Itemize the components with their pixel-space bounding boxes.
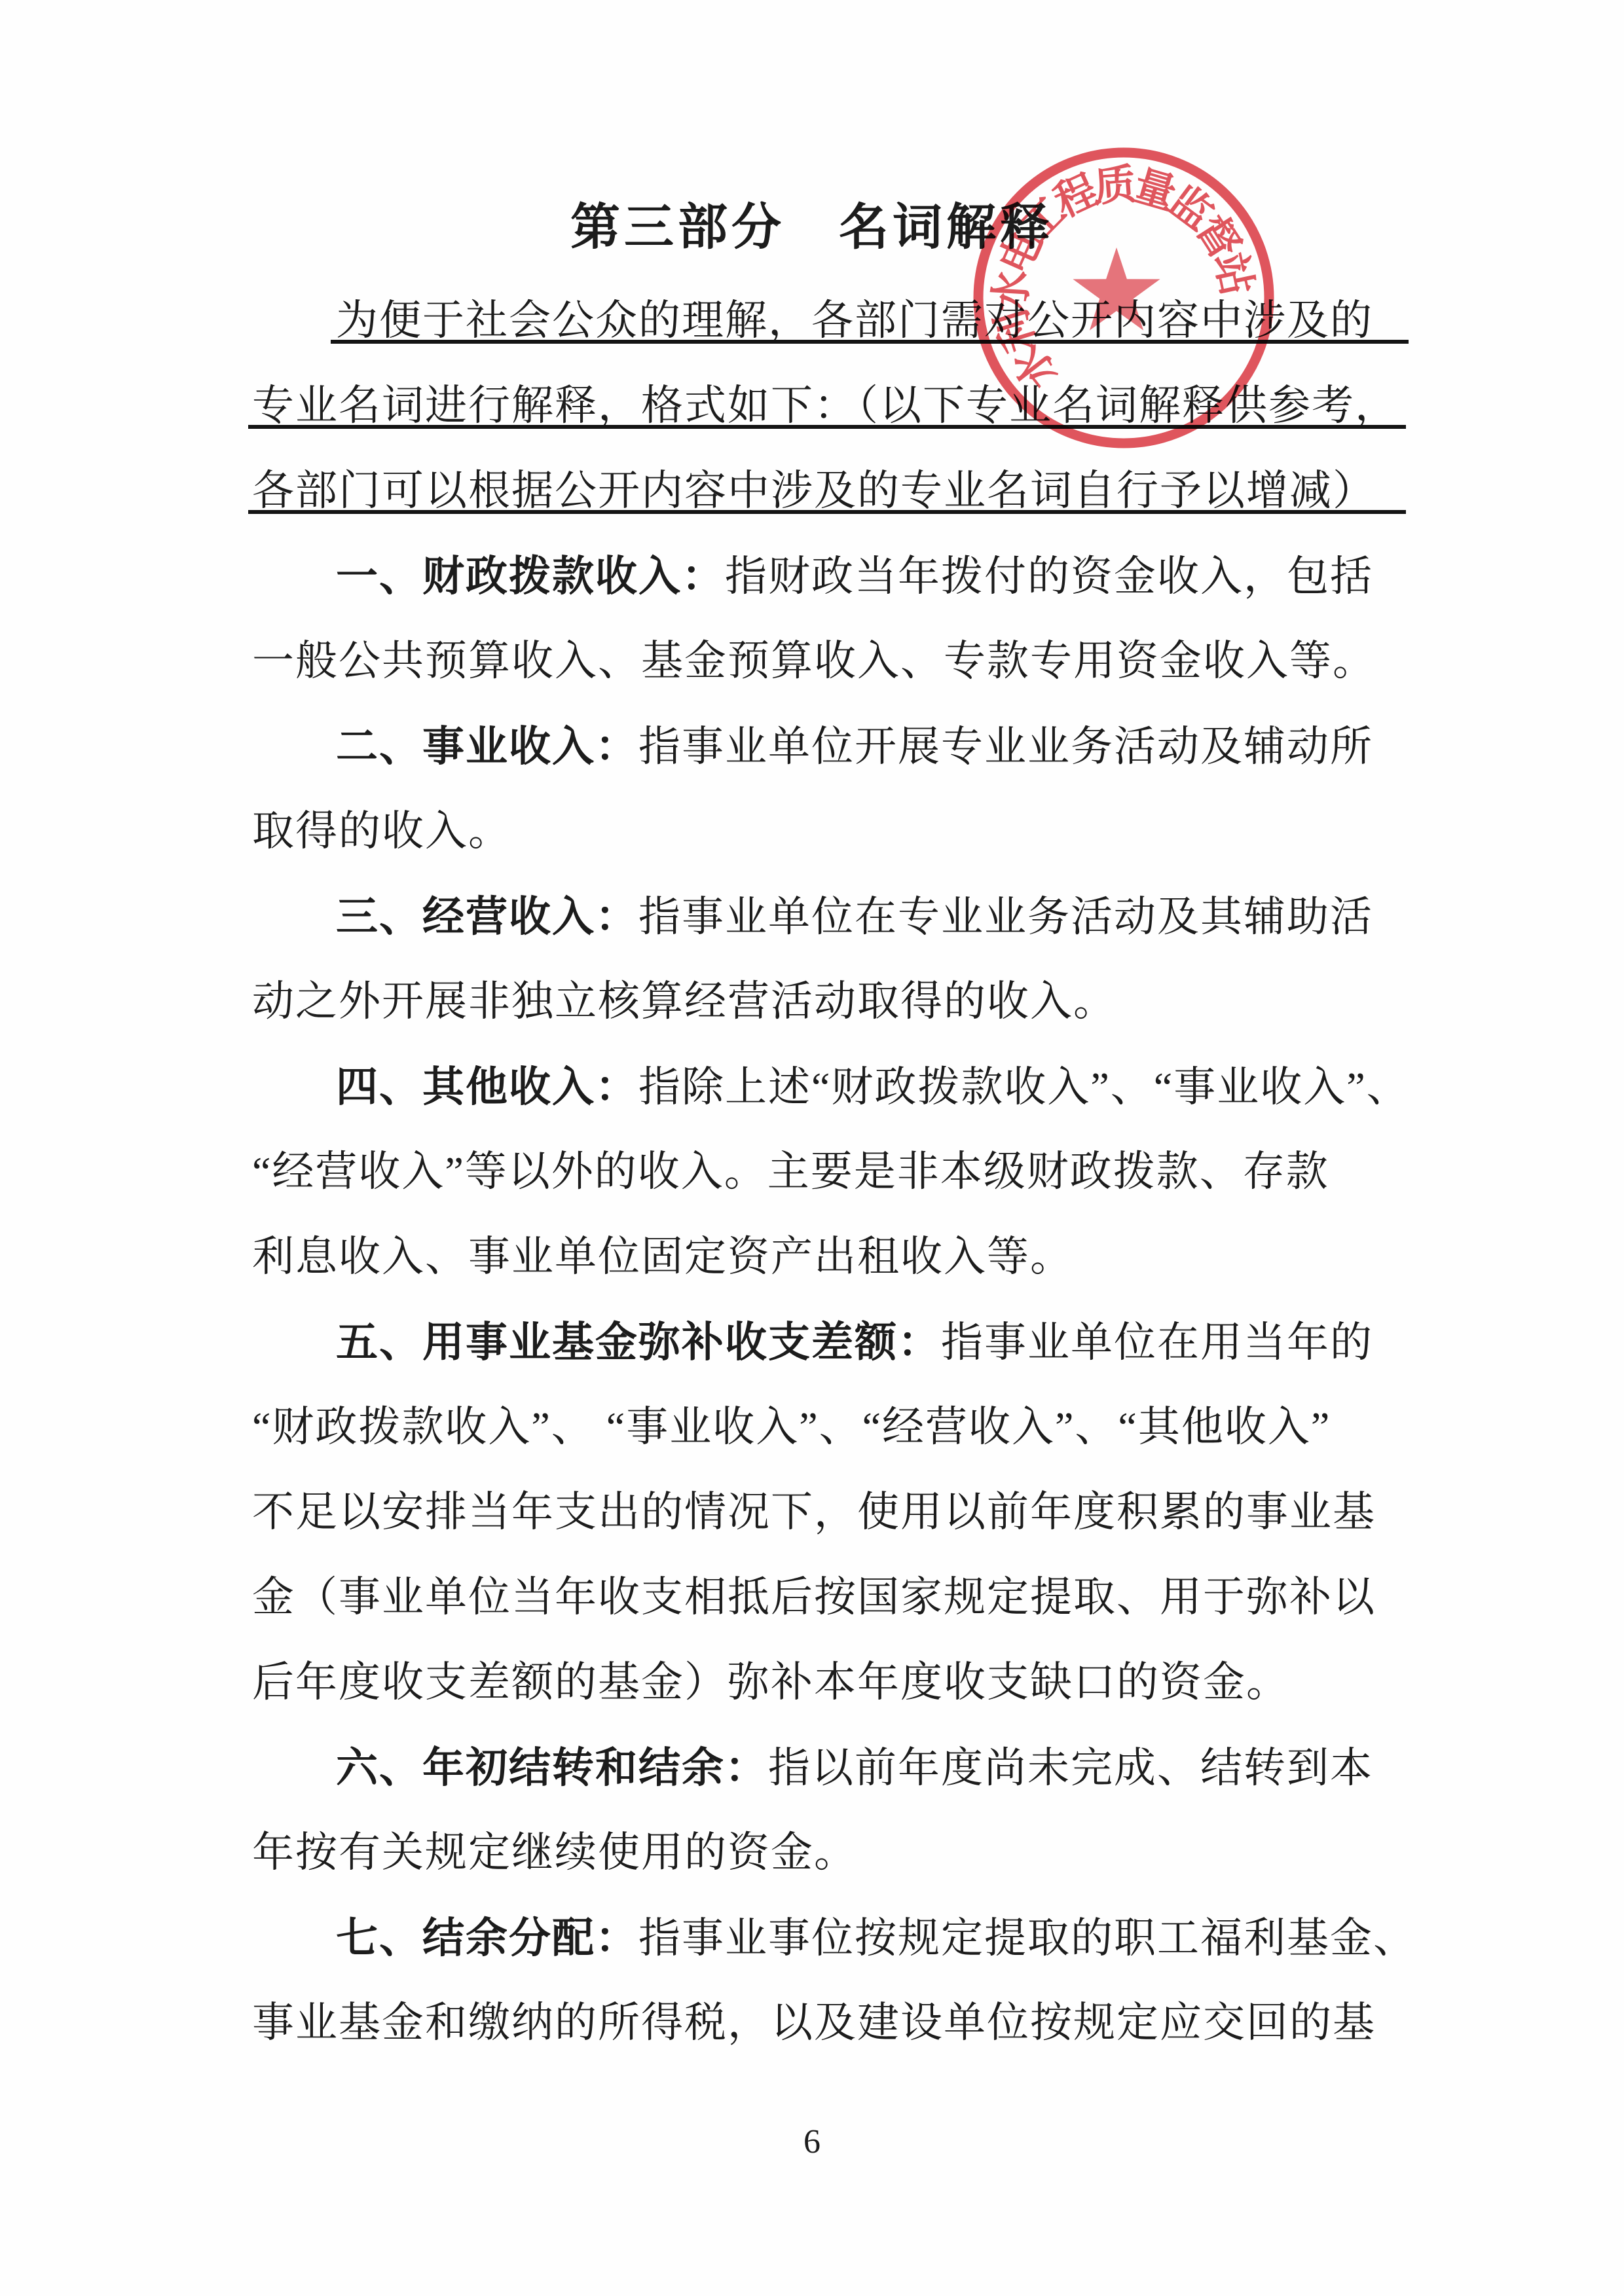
term-heading: 三、经营收入： — [336, 893, 638, 940]
line-text: 指事业单位在专业业务活动及其辅助活 — [638, 894, 1373, 940]
underline-rule — [331, 340, 1409, 344]
term-heading: 五、用事业基金弥补收支差额： — [336, 1319, 941, 1366]
text-line: 不足以安排当年支出的情况下，使用以前年度积累的事业基 — [252, 1489, 1406, 1575]
text-line: 取得的收入。 — [252, 809, 1406, 894]
line-text: “财政拨款收入”、 “事业收入”、“经营收入”、“其他收入” — [252, 1404, 1331, 1450]
line-text: 专业名词进行解释，格式如下：（以下专业名词解释供参考， — [252, 382, 1398, 429]
document-lines: 为便于社会公众的理解，各部门需对公开内容中涉及的专业名词进行解释，格式如下：（以… — [0, 0, 1624, 2296]
text-line: 三、经营收入：指事业单位在专业业务活动及其辅助活 — [252, 894, 1406, 979]
line-text: 一般公共预算收入、基金预算收入、专款专用资金收入等。 — [252, 638, 1376, 684]
text-line: 一般公共预算收入、基金预算收入、专款专用资金收入等。 — [252, 638, 1406, 723]
underline-rule — [248, 510, 1406, 514]
text-line: 年按有关规定继续使用的资金。 — [252, 1830, 1406, 1915]
page-number: 6 — [0, 2124, 1624, 2160]
text-line: 金（事业单位当年收支相抵后按国家规定提取、用于弥补以 — [252, 1575, 1406, 1660]
text-line: 五、用事业基金弥补收支差额：指事业单位在用当年的 — [252, 1319, 1406, 1404]
line-text: 指事业事位按规定提取的职工福利基金、 — [638, 1915, 1416, 1961]
text-line: 为便于社会公众的理解，各部门需对公开内容中涉及的 — [252, 298, 1406, 383]
text-line: 利息收入、事业单位固定资产出租收入等。 — [252, 1234, 1406, 1319]
line-text: 指事业单位在用当年的 — [941, 1319, 1373, 1366]
text-line: 六、年初结转和结余：指以前年度尚未完成、结转到本 — [252, 1745, 1406, 1830]
line-text: 为便于社会公众的理解，各部门需对公开内容中涉及的 — [336, 297, 1373, 344]
line-text: 不足以安排当年支出的情况下，使用以前年度积累的事业基 — [252, 1489, 1376, 1535]
line-text: “经营收入”等以外的收入。主要是非本级财政拨款、存款 — [252, 1148, 1329, 1195]
line-text: 动之外开展非独立核算经营活动取得的收入。 — [252, 978, 1116, 1025]
line-text: 指财政当年拨付的资金收入，包括 — [725, 553, 1373, 600]
term-heading: 二、事业收入： — [336, 723, 638, 770]
term-heading: 七、结余分配： — [336, 1914, 638, 1961]
line-text: 指除上述“财政拨款收入”、“事业收入”、 — [638, 1064, 1410, 1110]
text-line: “经营收入”等以外的收入。主要是非本级财政拨款、存款 — [252, 1149, 1406, 1234]
line-text: 事业基金和缴纳的所得税，以及建设单位按规定应交回的基 — [252, 1999, 1376, 2046]
line-text: 年按有关规定继续使用的资金。 — [252, 1829, 857, 1876]
line-text: 利息收入、事业单位固定资产出租收入等。 — [252, 1233, 1073, 1280]
line-text: 金（事业单位当年收支相抵后按国家规定提取、用于弥补以 — [252, 1574, 1376, 1620]
line-text: 指以前年度尚未完成、结转到本 — [768, 1745, 1373, 1791]
line-text: 后年度收支差额的基金）弥补本年度收支缺口的资金。 — [252, 1659, 1289, 1705]
text-line: “财政拨款收入”、 “事业收入”、“经营收入”、“其他收入” — [252, 1404, 1406, 1489]
text-line: 后年度收支差额的基金）弥补本年度收支缺口的资金。 — [252, 1660, 1406, 1745]
line-text: 取得的收入。 — [252, 808, 511, 854]
text-line: 事业基金和缴纳的所得税，以及建设单位按规定应交回的基 — [252, 2000, 1406, 2085]
line-text: 各部门可以根据公开内容中涉及的专业名词自行予以增减） — [252, 467, 1376, 514]
text-line: 二、事业收入：指事业单位开展专业业务活动及辅动所 — [252, 723, 1406, 809]
term-heading: 一、财政拨款收入： — [336, 553, 725, 600]
text-line: 四、其他收入：指除上述“财政拨款收入”、“事业收入”、 — [252, 1064, 1406, 1149]
text-line: 一、财政拨款收入：指财政当年拨付的资金收入，包括 — [252, 553, 1406, 638]
text-line: 动之外开展非独立核算经营活动取得的收入。 — [252, 979, 1406, 1064]
text-line: 七、结余分配：指事业事位按规定提取的职工福利基金、 — [252, 1915, 1406, 2000]
underline-rule — [248, 425, 1406, 429]
document-page: 第三部分 名词解释 为便于社会公众的理解，各部门需对公开内容中涉及的专业名词进行… — [0, 0, 1624, 2296]
line-text: 指事业单位开展专业业务活动及辅动所 — [638, 723, 1373, 770]
text-line: 各部门可以根据公开内容中涉及的专业名词自行予以增减） — [252, 468, 1406, 553]
term-heading: 六、年初结转和结余： — [336, 1744, 768, 1791]
text-line: 专业名词进行解释，格式如下：（以下专业名词解释供参考， — [252, 383, 1406, 468]
term-heading: 四、其他收入： — [336, 1063, 638, 1110]
